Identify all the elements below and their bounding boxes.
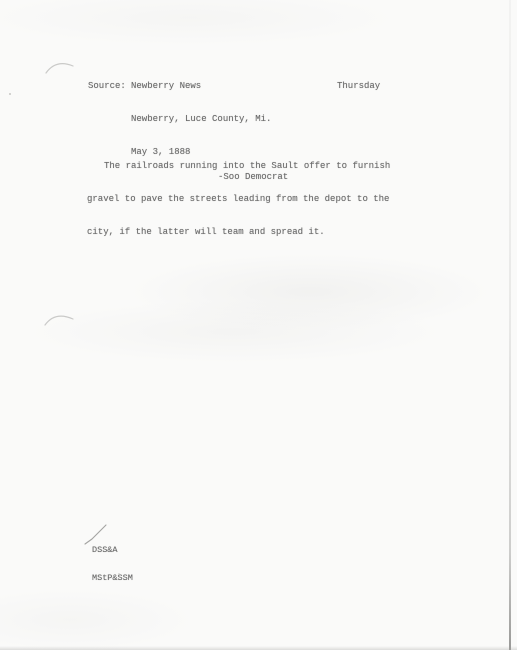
paper-speck	[9, 93, 11, 95]
article-line: gravel to pave the streets leading from …	[87, 194, 390, 205]
source-label: Source:	[88, 81, 126, 92]
railroad-code-mstpssm: MStP&SSM	[92, 574, 133, 583]
railroad-codes: DSS&A MStP&SSM	[92, 528, 133, 602]
pencil-arc-middle	[45, 316, 73, 325]
article-line: The railroads running into the Sault off…	[87, 161, 390, 172]
paper-speck	[118, 573, 120, 575]
scanned-page: Source: Newberry News Newberry, Luce Cou…	[0, 0, 517, 650]
page-edge-right	[509, 0, 511, 650]
article-line: city, if the latter will team and spread…	[87, 227, 390, 238]
source-row-2: Newberry, Luce County, Mi.	[88, 114, 120, 125]
railroad-code-dssa: DSS&A	[92, 546, 133, 555]
paper-texture	[0, 0, 517, 650]
source-row-1: Source: Newberry News	[88, 81, 120, 92]
publication-name: Newberry News	[131, 81, 201, 92]
publication-location: Newberry, Luce County, Mi.	[131, 114, 271, 125]
day-of-week: Thursday	[337, 81, 380, 92]
page-edge-bottom	[0, 646, 517, 650]
article-attribution: -Soo Democrat	[218, 172, 288, 183]
pencil-marks-overlay	[0, 0, 517, 650]
article-text: The railroads running into the Sault off…	[87, 139, 390, 260]
pencil-arc-top	[46, 64, 73, 73]
